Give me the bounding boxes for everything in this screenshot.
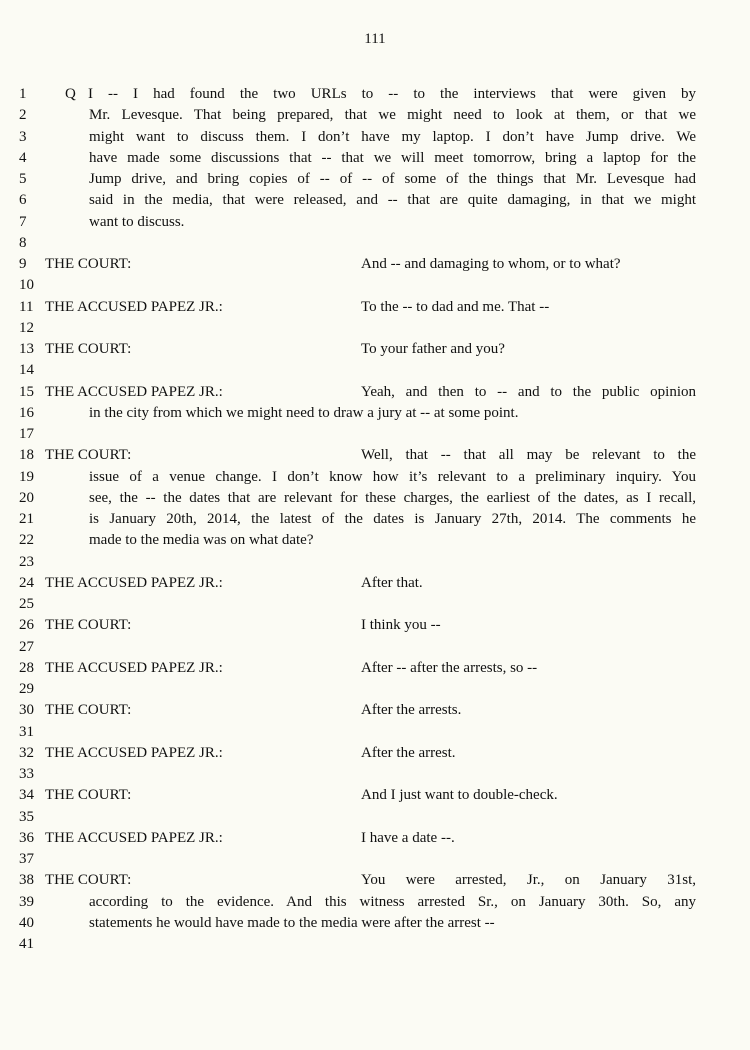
line-number: 22 [19, 530, 39, 551]
line-number: 1 [19, 84, 39, 105]
transcript-line: 34THE COURT:And I just want to double-ch… [0, 785, 750, 806]
line-number: 25 [19, 594, 39, 615]
transcript-line: 22made to the media was on what date? [0, 530, 750, 551]
continuation-text: Jump drive, and bring copies of -- of --… [89, 169, 696, 190]
speech-text: And I just want to double-check. [361, 785, 696, 806]
speech-text: And -- and damaging to whom, or to what? [361, 254, 696, 275]
continuation-text: see, the -- the dates that are relevant … [89, 488, 696, 509]
line-number: 16 [19, 403, 39, 424]
speech-text: Well, that -- that all may be relevant t… [361, 445, 696, 466]
transcript-line: 19issue of a venue change. I don’t know … [0, 467, 750, 488]
speaker-label: THE COURT: [45, 615, 131, 636]
transcript-line: 32THE ACCUSED PAPEZ JR.:After the arrest… [0, 743, 750, 764]
speaker-label: THE COURT: [45, 339, 131, 360]
transcript-line: 41 [0, 934, 750, 955]
line-number: 30 [19, 700, 39, 721]
continuation-text: made to the media was on what date? [89, 530, 696, 551]
transcript-line: 26THE COURT:I think you -- [0, 615, 750, 636]
speech-text: I think you -- [361, 615, 696, 636]
line-number: 39 [19, 892, 39, 913]
speaker-label: THE COURT: [45, 254, 131, 275]
speaker-label: THE ACCUSED PAPEZ JR.: [45, 297, 223, 318]
question-text: I -- I had found the two URLs to -- to t… [88, 84, 696, 105]
speaker-label: THE ACCUSED PAPEZ JR.: [45, 828, 223, 849]
line-number: 36 [19, 828, 39, 849]
transcript-line: 9THE COURT:And -- and damaging to whom, … [0, 254, 750, 275]
transcript-line: 5Jump drive, and bring copies of -- of -… [0, 169, 750, 190]
speaker-label: THE COURT: [45, 700, 131, 721]
transcript-line: 23 [0, 552, 750, 573]
transcript-line: 29 [0, 679, 750, 700]
line-number: 24 [19, 573, 39, 594]
transcript-line: 2Mr. Levesque. That being prepared, that… [0, 105, 750, 126]
speaker-label: THE ACCUSED PAPEZ JR.: [45, 743, 223, 764]
transcript-line: 3might want to discuss them. I don’t hav… [0, 127, 750, 148]
speaker-label: THE ACCUSED PAPEZ JR.: [45, 573, 223, 594]
line-number: 33 [19, 764, 39, 785]
transcript-line: 12 [0, 318, 750, 339]
continuation-text: is January 20th, 2014, the latest of the… [89, 509, 696, 530]
transcript-line: 37 [0, 849, 750, 870]
speaker-label: THE COURT: [45, 870, 131, 891]
speaker-label: THE ACCUSED PAPEZ JR.: [45, 658, 223, 679]
transcript-line: 7want to discuss. [0, 212, 750, 233]
line-number: 38 [19, 870, 39, 891]
speech-text: I have a date --. [361, 828, 696, 849]
speech-text: After -- after the arrests, so -- [361, 658, 696, 679]
line-number: 40 [19, 913, 39, 934]
speaker-label: THE COURT: [45, 445, 131, 466]
transcript-line: 10 [0, 275, 750, 296]
line-number: 35 [19, 807, 39, 828]
transcript-line: 20see, the -- the dates that are relevan… [0, 488, 750, 509]
transcript-line: 31 [0, 722, 750, 743]
transcript-line: 36THE ACCUSED PAPEZ JR.:I have a date --… [0, 828, 750, 849]
transcript-line: 35 [0, 807, 750, 828]
line-number: 12 [19, 318, 39, 339]
transcript-line: 33 [0, 764, 750, 785]
transcript-line: 39according to the evidence. And this wi… [0, 892, 750, 913]
line-number: 15 [19, 382, 39, 403]
transcript-line: 27 [0, 637, 750, 658]
transcript-body: 1QI -- I had found the two URLs to -- to… [0, 84, 750, 955]
line-number: 29 [19, 679, 39, 700]
continuation-text: said in the media, that were released, a… [89, 190, 696, 211]
speech-text: To your father and you? [361, 339, 696, 360]
transcript-line: 17 [0, 424, 750, 445]
line-number: 4 [19, 148, 39, 169]
transcript-line: 4have made some discussions that -- that… [0, 148, 750, 169]
transcript-line: 14 [0, 360, 750, 381]
transcript-line: 18THE COURT:Well, that -- that all may b… [0, 445, 750, 466]
line-number: 11 [19, 297, 39, 318]
line-number: 14 [19, 360, 39, 381]
speech-text: You were arrested, Jr., on January 31st, [361, 870, 696, 891]
transcript-line: 28THE ACCUSED PAPEZ JR.:After -- after t… [0, 658, 750, 679]
continuation-text: statements he would have made to the med… [89, 913, 696, 934]
speaker-label: THE COURT: [45, 785, 131, 806]
line-number: 2 [19, 105, 39, 126]
transcript-line: 15THE ACCUSED PAPEZ JR.:Yeah, and then t… [0, 382, 750, 403]
continuation-text: according to the evidence. And this witn… [89, 892, 696, 913]
transcript-line: 38THE COURT:You were arrested, Jr., on J… [0, 870, 750, 891]
transcript-line: 40statements he would have made to the m… [0, 913, 750, 934]
question-marker: Q [65, 84, 76, 105]
speech-text: To the -- to dad and me. That -- [361, 297, 696, 318]
line-number: 9 [19, 254, 39, 275]
speech-text: After that. [361, 573, 696, 594]
line-number: 31 [19, 722, 39, 743]
line-number: 19 [19, 467, 39, 488]
speaker-label: THE ACCUSED PAPEZ JR.: [45, 382, 223, 403]
continuation-text: want to discuss. [89, 212, 696, 233]
page-number: 111 [0, 31, 750, 48]
transcript-line: 6said in the media, that were released, … [0, 190, 750, 211]
line-number: 34 [19, 785, 39, 806]
line-number: 23 [19, 552, 39, 573]
line-number: 17 [19, 424, 39, 445]
transcript-line: 13THE COURT:To your father and you? [0, 339, 750, 360]
transcript-line: 25 [0, 594, 750, 615]
transcript-line: 30THE COURT:After the arrests. [0, 700, 750, 721]
transcript-line: 16in the city from which we might need t… [0, 403, 750, 424]
line-number: 13 [19, 339, 39, 360]
transcript-line: 11THE ACCUSED PAPEZ JR.:To the -- to dad… [0, 297, 750, 318]
continuation-text: issue of a venue change. I don’t know ho… [89, 467, 696, 488]
transcript-line: 1QI -- I had found the two URLs to -- to… [0, 84, 750, 105]
transcript-line: 21is January 20th, 2014, the latest of t… [0, 509, 750, 530]
line-number: 8 [19, 233, 39, 254]
speech-text: After the arrests. [361, 700, 696, 721]
line-number: 37 [19, 849, 39, 870]
line-number: 27 [19, 637, 39, 658]
speech-text: Yeah, and then to -- and to the public o… [361, 382, 696, 403]
continuation-text: Mr. Levesque. That being prepared, that … [89, 105, 696, 126]
transcript-line: 8 [0, 233, 750, 254]
line-number: 3 [19, 127, 39, 148]
speech-text: After the arrest. [361, 743, 696, 764]
line-number: 28 [19, 658, 39, 679]
line-number: 41 [19, 934, 39, 955]
line-number: 10 [19, 275, 39, 296]
line-number: 18 [19, 445, 39, 466]
transcript-line: 24THE ACCUSED PAPEZ JR.:After that. [0, 573, 750, 594]
line-number: 21 [19, 509, 39, 530]
line-number: 5 [19, 169, 39, 190]
line-number: 26 [19, 615, 39, 636]
line-number: 20 [19, 488, 39, 509]
line-number: 6 [19, 190, 39, 211]
line-number: 32 [19, 743, 39, 764]
continuation-text: might want to discuss them. I don’t have… [89, 127, 696, 148]
line-number: 7 [19, 212, 39, 233]
continuation-text: in the city from which we might need to … [89, 403, 696, 424]
continuation-text: have made some discussions that -- that … [89, 148, 696, 169]
